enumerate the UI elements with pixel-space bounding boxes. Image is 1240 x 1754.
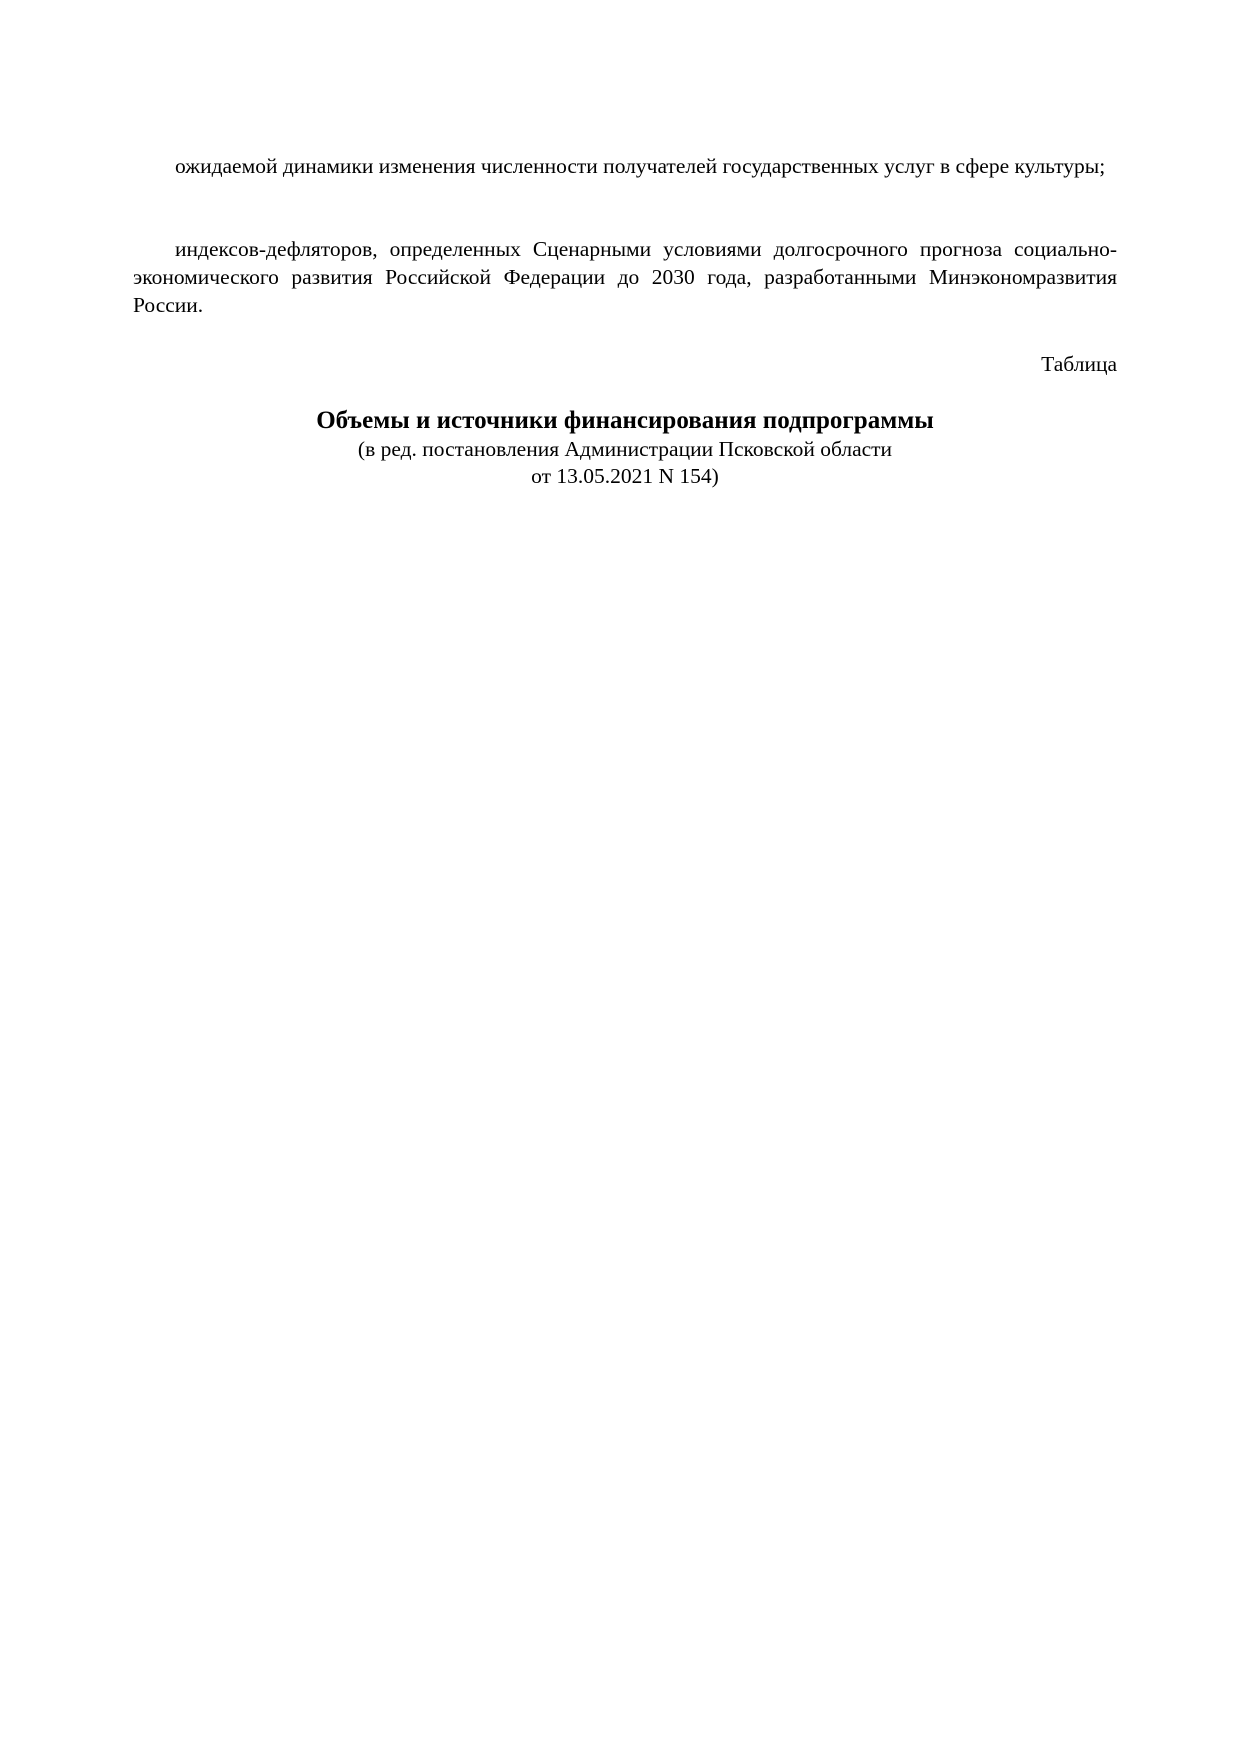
paragraph-deflator-indices: индексов-дефляторов, определенных Сценар… bbox=[133, 235, 1117, 319]
paragraph-population-dynamics: ожидаемой динамики изменения численности… bbox=[133, 152, 1117, 180]
table-label: Таблица bbox=[1041, 350, 1117, 378]
amendment-note-line-1: (в ред. постановления Администрации Пско… bbox=[133, 436, 1117, 463]
table-heading: Объемы и источники финансирования подпро… bbox=[133, 406, 1117, 490]
table-title: Объемы и источники финансирования подпро… bbox=[133, 406, 1117, 436]
document-page: ожидаемой динамики изменения численности… bbox=[0, 0, 1240, 1754]
amendment-note-line-2: от 13.05.2021 N 154) bbox=[133, 463, 1117, 490]
